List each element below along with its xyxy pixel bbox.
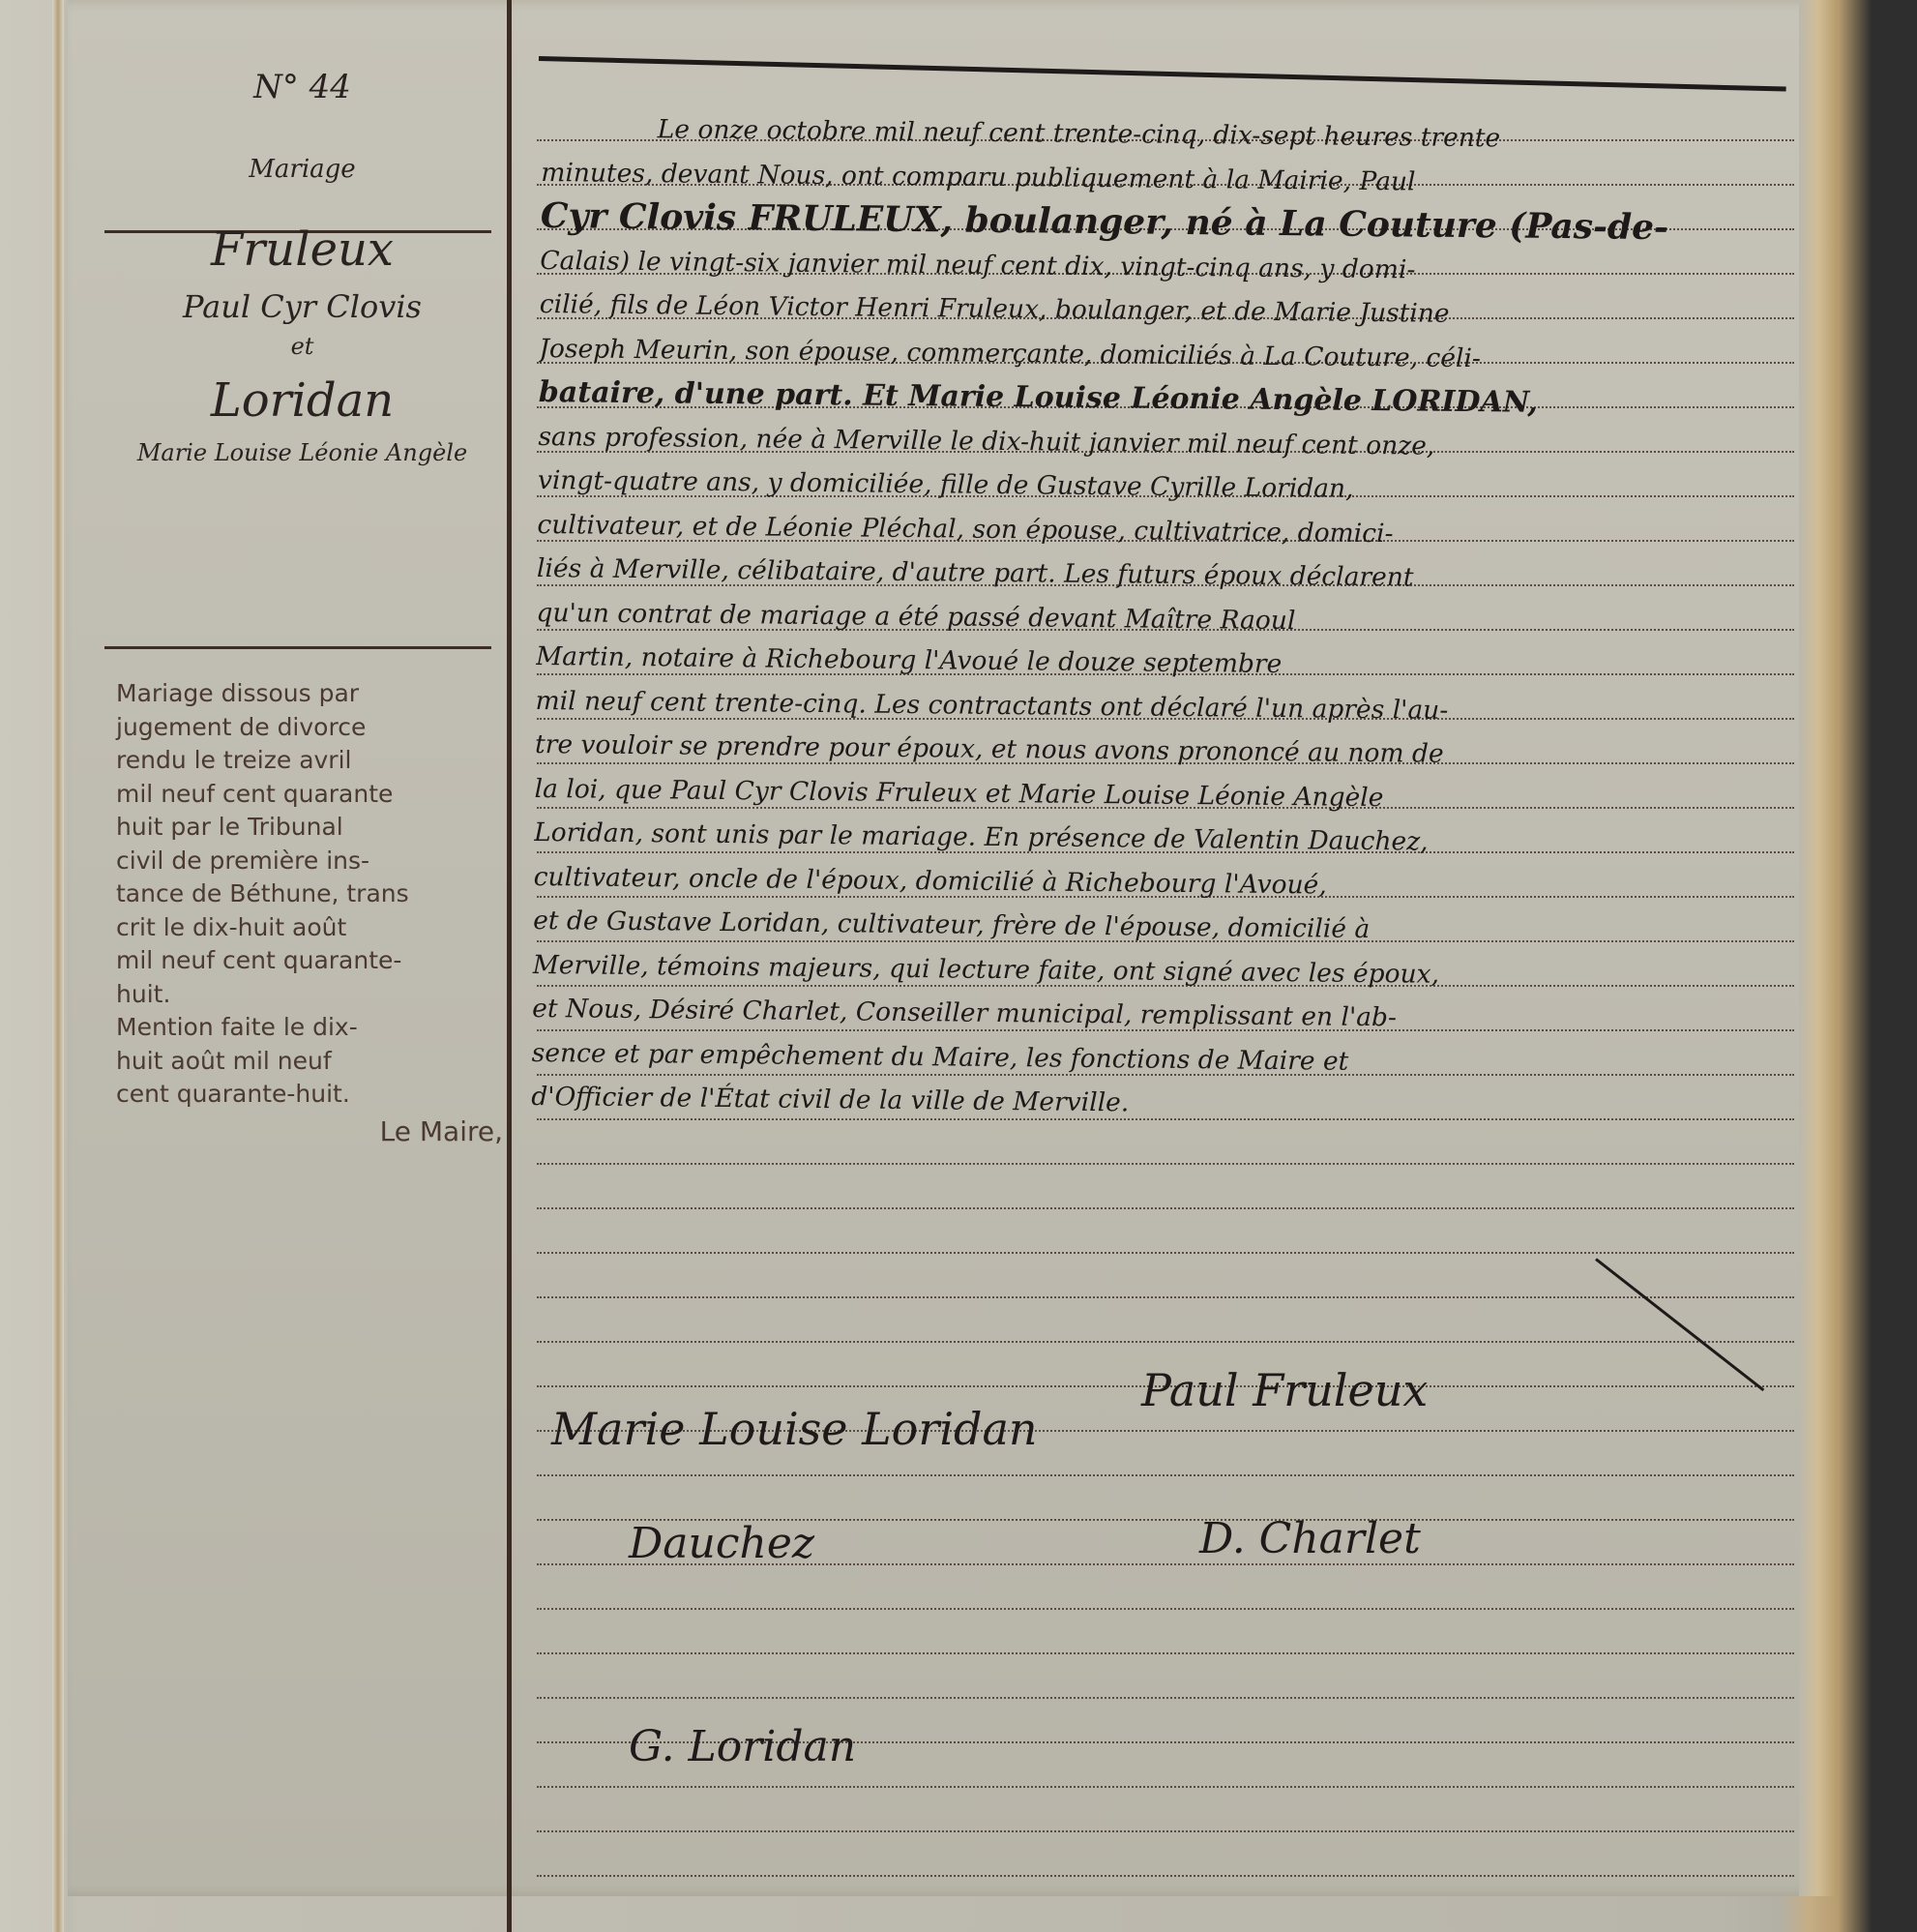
signature-groom: Paul Fruleux xyxy=(1141,1364,1428,1416)
margin-rule-bottom xyxy=(104,646,491,649)
groom-surname: Fruleux xyxy=(106,223,498,277)
annotation-line: cent quarante-huit. xyxy=(116,1078,503,1112)
annotation-line: mil neuf cent quarante xyxy=(116,778,503,812)
signature-witness-dauchez: Dauchez xyxy=(629,1519,814,1568)
annotation-line: crit le dix-huit août xyxy=(116,911,503,945)
marriage-act-text: Le onze octobre mil neuf cent trente-cin… xyxy=(531,106,1809,1132)
annotation-line: mil neuf cent quarante- xyxy=(116,944,503,978)
bride-surname: Loridan xyxy=(106,373,498,428)
annotation-line: Mention faite le dix- xyxy=(116,1011,503,1045)
groom-given-names: Paul Cyr Clovis xyxy=(106,288,498,325)
margin-divider xyxy=(507,0,512,1932)
annotation-line: jugement de divorce xyxy=(116,711,503,745)
annotation-line: huit août mil neuf xyxy=(116,1045,503,1079)
annotation-line: civil de première ins- xyxy=(116,845,503,878)
margin-column: N° 44 Mariage Fruleux Paul Cyr Clovis et… xyxy=(106,58,498,466)
conjunction: et xyxy=(106,333,498,360)
signature-officer-charlet: D. Charlet xyxy=(1199,1514,1421,1563)
signature-bride: Marie Louise Loridan xyxy=(551,1403,1038,1455)
bride-given-names: Marie Louise Léonie Angèle xyxy=(106,439,498,466)
annotation-signoff: Le Maire, xyxy=(116,1115,503,1149)
entry-type: Mariage xyxy=(106,155,498,184)
register-book: N° 44 Mariage Fruleux Paul Cyr Clovis et… xyxy=(0,0,1917,1932)
annotation-line: huit par le Tribunal xyxy=(116,811,503,845)
annotation-line: Mariage dissous par xyxy=(116,677,503,711)
annotation-line: huit. xyxy=(116,978,503,1012)
divorce-annotation: Mariage dissous par jugement de divorce … xyxy=(116,677,503,1148)
annotation-line: rendu le treize avril xyxy=(116,744,503,778)
entry-number: N° 44 xyxy=(106,68,498,106)
annotation-line: tance de Béthune, trans xyxy=(116,877,503,911)
binding-gutter xyxy=(52,0,64,1932)
signature-witness-loridan: G. Loridan xyxy=(629,1722,856,1771)
